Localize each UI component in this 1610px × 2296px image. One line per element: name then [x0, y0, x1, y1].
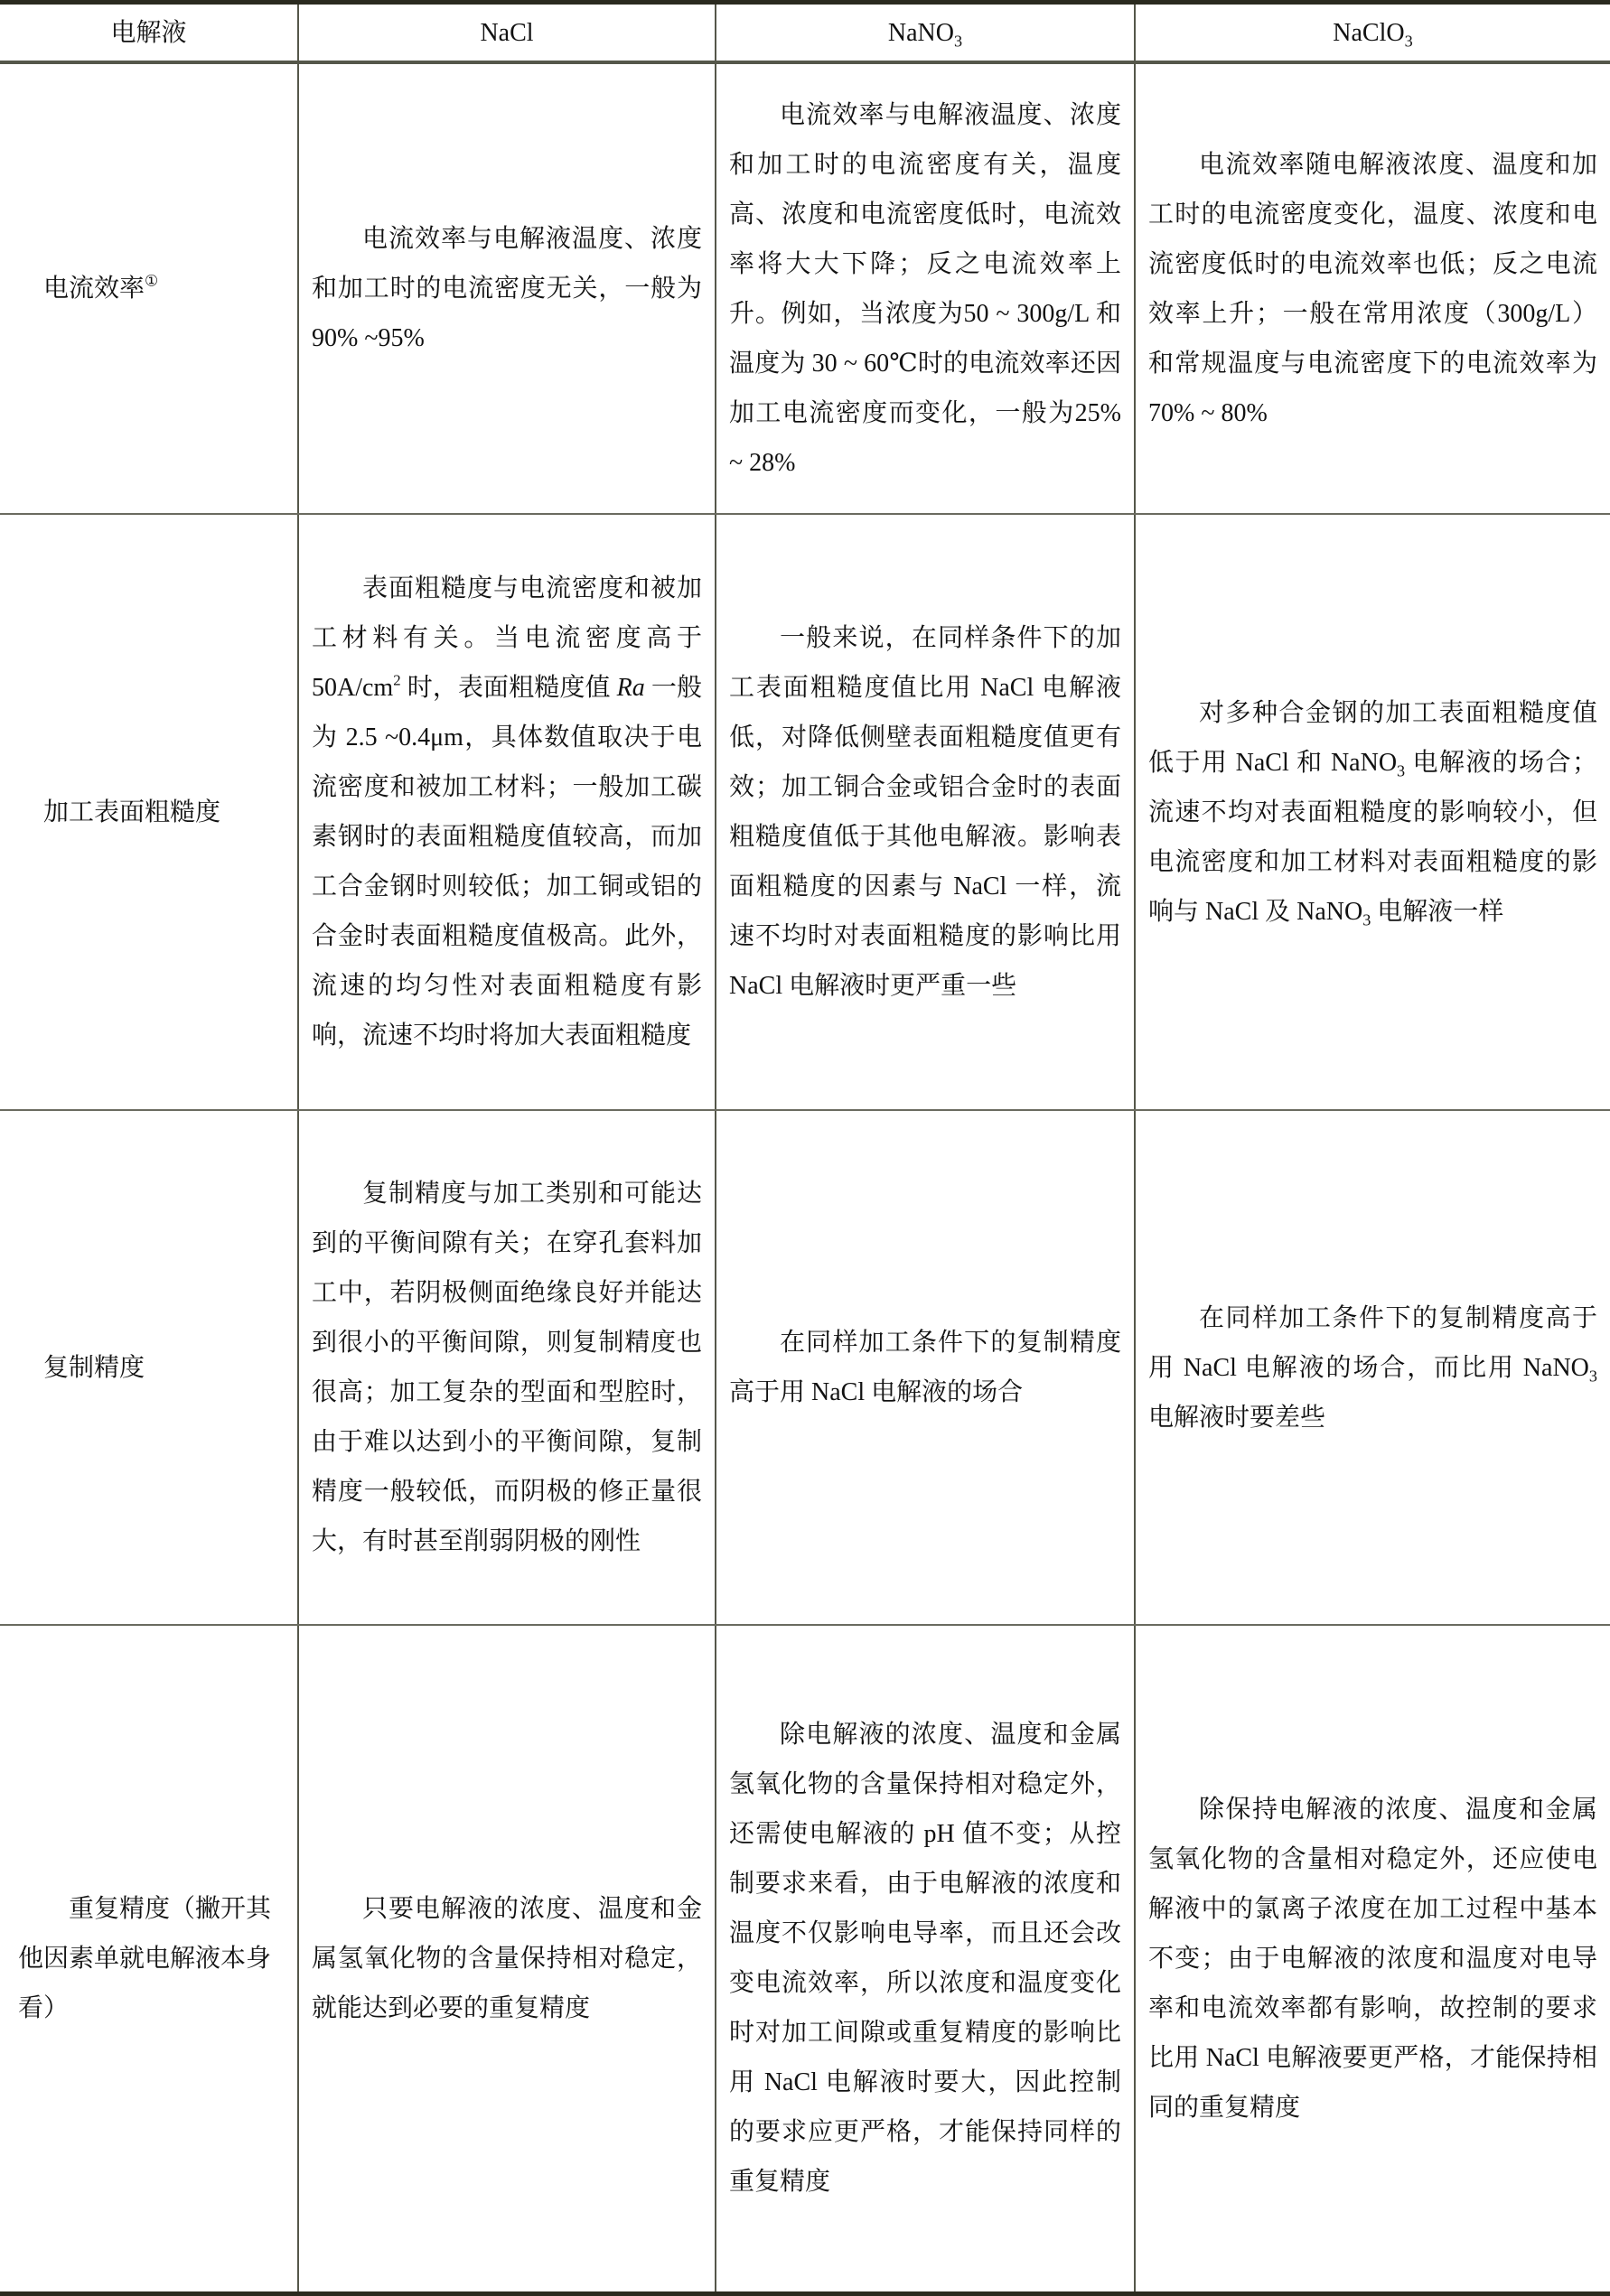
cell-text: 在同样加工条件下的复制精度高于用 NaCl 电解液的场合，而比用 NaNO3 电… [1148, 1293, 1597, 1442]
cell-text: 在同样加工条件下的复制精度高于用 NaCl 电解液的场合 [729, 1318, 1121, 1417]
text-part: 电解液一样 [1371, 898, 1503, 926]
cell-nacl: 表面粗糙度与电流密度和被加工材料有关。当电流密度高于 50A/cm2 时，表面粗… [298, 514, 716, 1110]
subscript: 3 [1589, 1367, 1597, 1385]
table-row-repeat-accuracy: 重复精度（撇开其他因素单就电解液本身看） 只要电解液的浓度、温度和金属氢氧化物的… [0, 1625, 1610, 2285]
cell-text: 除保持电解液的浓度、温度和金属氢氧化物的含量相对稳定外，还应使电解液中的氯离子浓… [1148, 1785, 1597, 2133]
cell-nacl: 复制精度与加工类别和可能达到的平衡间隙有关；在穿孔套料加工中，若阴极侧面绝缘良好… [298, 1110, 716, 1625]
row-label: 加工表面粗糙度 [43, 798, 220, 826]
cell-text: 电流效率与电解液温度、浓度和加工时的电流密度无关，一般为90% ~95% [312, 214, 702, 363]
superscript: 2 [393, 671, 400, 688]
cell-naclo3: 在同样加工条件下的复制精度高于用 NaCl 电解液的场合，而比用 NaNO3 电… [1135, 1110, 1610, 1625]
header-electrolyte: 电解液 [0, 3, 298, 63]
ra-symbol: Ra [617, 674, 645, 702]
header-naclo3: NaClO3 [1135, 3, 1610, 63]
footnote-marker: ① [145, 272, 158, 289]
cell-text: 对多种合金钢的加工表面粗糙度值低于用 NaCl 和 NaNO3 电解液的场合；流… [1148, 688, 1597, 937]
cell-nacl: 电流效率与电解液温度、浓度和加工时的电流密度无关，一般为90% ~95% [298, 62, 716, 514]
cell-text: 除电解液的浓度、温度和金属氢氧化物的含量保持相对稳定外，还需使电解液的 pH 值… [729, 1710, 1121, 2207]
subscript: 3 [1397, 761, 1405, 779]
header-label: 电解液 [110, 19, 186, 47]
cell-nano3: 在同样加工条件下的复制精度高于用 NaCl 电解液的场合 [716, 1110, 1135, 1625]
cell-naclo3: 除保持电解液的浓度、温度和金属氢氧化物的含量相对稳定外，还应使电解液中的氯离子浓… [1135, 1625, 1610, 2285]
table-row-surface-roughness: 加工表面粗糙度 表面粗糙度与电流密度和被加工材料有关。当电流密度高于 50A/c… [0, 514, 1610, 1110]
row-label-cell: 重复精度（撇开其他因素单就电解液本身看） [0, 1625, 298, 2285]
cell-nacl: 只要电解液的浓度、温度和金属氢氧化物的含量保持相对稳定，就能达到必要的重复精度 [298, 1625, 716, 2285]
row-label: 复制精度 [43, 1354, 145, 1382]
subscript: 3 [1405, 32, 1413, 50]
row-label-cell: 复制精度 [0, 1110, 298, 1625]
cell-text: 电流效率随电解液浓度、温度和加工时的电流密度变化，温度、浓度和电流密度低时的电流… [1148, 140, 1597, 438]
header-label: NaClO [1333, 19, 1404, 47]
row-label-cell: 加工表面粗糙度 [0, 514, 298, 1110]
table-row-current-efficiency: 电流效率① 电流效率与电解液温度、浓度和加工时的电流密度无关，一般为90% ~9… [0, 62, 1610, 514]
cell-text: 复制精度与加工类别和可能达到的平衡间隙有关；在穿孔套料加工中，若阴极侧面绝缘良好… [312, 1169, 702, 1566]
electrolyte-comparison-table: 电解液 NaCl NaNO3 NaClO3 电流效率① 电流效率与电解液温度、浓… [0, 0, 1610, 2285]
table-row-copy-accuracy: 复制精度 复制精度与加工类别和可能达到的平衡间隙有关；在穿孔套料加工中，若阴极侧… [0, 1110, 1610, 1625]
header-nano3: NaNO3 [716, 3, 1135, 63]
text-part: 时，表面粗糙度值 [401, 674, 617, 702]
cell-text: 只要电解液的浓度、温度和金属氢氧化物的含量保持相对稳定，就能达到必要的重复精度 [312, 1884, 702, 2033]
cell-text: 表面粗糙度与电流密度和被加工材料有关。当电流密度高于 50A/cm2 时，表面粗… [312, 564, 702, 1060]
cell-naclo3: 电流效率随电解液浓度、温度和加工时的电流密度变化，温度、浓度和电流密度低时的电流… [1135, 62, 1610, 514]
cell-naclo3: 对多种合金钢的加工表面粗糙度值低于用 NaCl 和 NaNO3 电解液的场合；流… [1135, 514, 1610, 1110]
text-part: 在同样加工条件下的复制精度高于用 NaCl 电解液的场合，而比用 NaNO [1148, 1304, 1597, 1382]
row-label-cell: 电流效率① [0, 62, 298, 514]
header-row: 电解液 NaCl NaNO3 NaClO3 [0, 3, 1610, 63]
header-label: NaCl [480, 19, 533, 47]
header-label: NaNO [888, 19, 954, 47]
row-label: 电流效率 [43, 275, 145, 303]
header-nacl: NaCl [298, 3, 716, 63]
cell-text: 电流效率与电解液温度、浓度和加工时的电流密度有关，温度高、浓度和电流密度低时，电… [729, 90, 1121, 488]
row-label: 重复精度（撇开其他因素单就电解液本身看） [18, 1884, 285, 2033]
text-part: 一般为 2.5 ~0.4μm，具体数值取决于电流密度和被加工材料；一般加工碳素钢… [312, 674, 702, 1050]
cell-text: 一般来说，在同样条件下的加工表面粗糙度值比用 NaCl 电解液低，对降低侧壁表面… [729, 613, 1121, 1011]
subscript: 3 [954, 32, 962, 50]
cell-nano3: 除电解液的浓度、温度和金属氢氧化物的含量保持相对稳定外，还需使电解液的 pH 值… [716, 1625, 1135, 2285]
subscript: 3 [1362, 910, 1371, 929]
cell-nano3: 一般来说，在同样条件下的加工表面粗糙度值比用 NaCl 电解液低，对降低侧壁表面… [716, 514, 1135, 1110]
cell-nano3: 电流效率与电解液温度、浓度和加工时的电流密度有关，温度高、浓度和电流密度低时，电… [716, 62, 1135, 514]
text-part: 电解液时要差些 [1148, 1404, 1325, 1432]
